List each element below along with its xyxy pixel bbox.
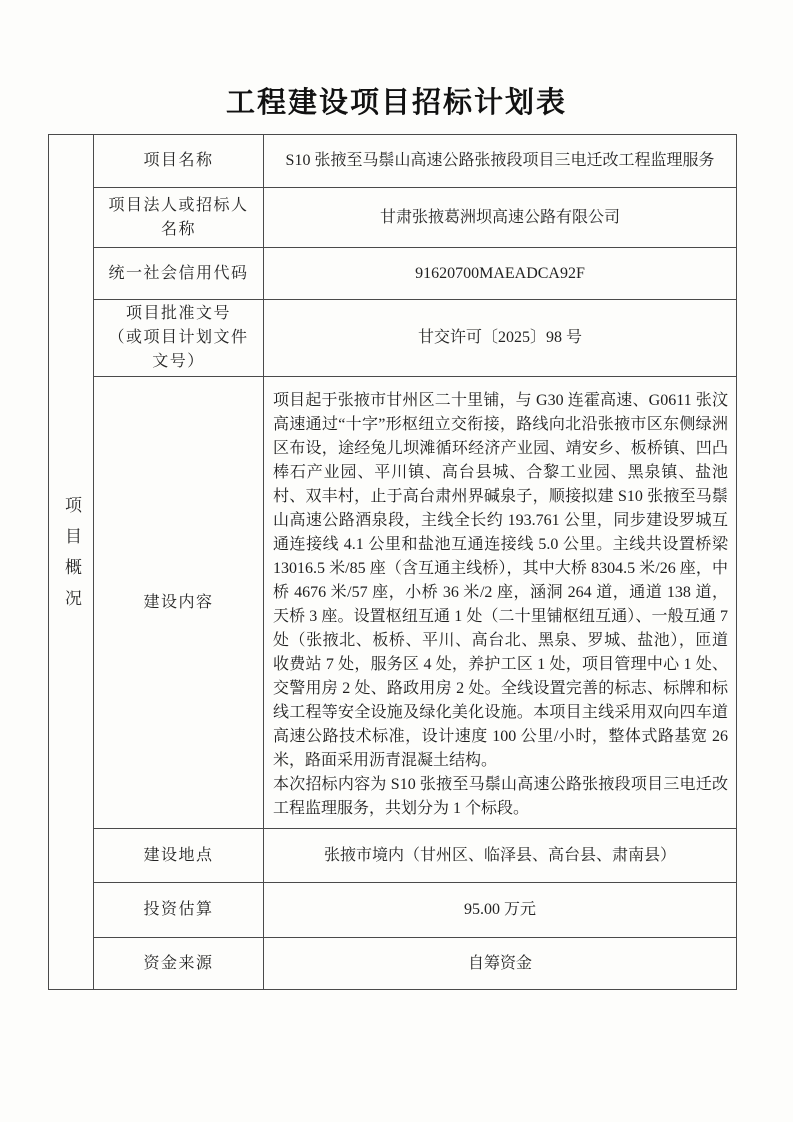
value-funding-source: 自筹资金 <box>264 938 737 990</box>
page-title: 工程建设项目招标计划表 <box>0 0 793 121</box>
value-construction-location: 张掖市境内（甘州区、临泽县、高台县、肃南县） <box>264 829 737 883</box>
label-funding-source: 资金来源 <box>94 938 264 990</box>
row-credit-code: 统一社会信用代码 91620700MAEADCA92F <box>49 248 737 300</box>
label-credit-code: 统一社会信用代码 <box>94 248 264 300</box>
document-page: 工程建设项目招标计划表 项目概况 项目名称 S10 张掖至马鬃山高速公路张掖段项… <box>0 0 793 1122</box>
row-approval-number: 项目批准文号 （或项目计划文件文号） 甘交许可〔2025〕98 号 <box>49 300 737 377</box>
value-investment-estimate: 95.00 万元 <box>264 883 737 938</box>
row-investment-estimate: 投资估算 95.00 万元 <box>49 883 737 938</box>
label-construction-location: 建设地点 <box>94 829 264 883</box>
row-project-name: 项目概况 项目名称 S10 张掖至马鬃山高速公路张掖段项目三电迁改工程监理服务 <box>49 135 737 188</box>
value-credit-code: 91620700MAEADCA92F <box>264 248 737 300</box>
row-construction-location: 建设地点 张掖市境内（甘州区、临泽县、高台县、肃南县） <box>49 829 737 883</box>
label-project-name: 项目名称 <box>94 135 264 188</box>
bidding-plan-table: 项目概况 项目名称 S10 张掖至马鬃山高速公路张掖段项目三电迁改工程监理服务 … <box>48 134 737 990</box>
section-cell-project-overview: 项目概况 <box>49 135 94 990</box>
section-label-project-overview: 项目概况 <box>59 496 83 620</box>
label-approval-number: 项目批准文号 （或项目计划文件文号） <box>94 300 264 377</box>
row-construction-content: 建设内容 项目起于张掖市甘州区二十里铺，与 G30 连霍高速、G0611 张汶高… <box>49 377 737 829</box>
row-legal-entity: 项目法人或招标人名称 甘肃张掖葛洲坝高速公路有限公司 <box>49 188 737 248</box>
value-construction-content: 项目起于张掖市甘州区二十里铺，与 G30 连霍高速、G0611 张汶高速通过“十… <box>264 377 737 829</box>
value-approval-number: 甘交许可〔2025〕98 号 <box>264 300 737 377</box>
value-legal-entity: 甘肃张掖葛洲坝高速公路有限公司 <box>264 188 737 248</box>
row-funding-source: 资金来源 自筹资金 <box>49 938 737 990</box>
label-legal-entity: 项目法人或招标人名称 <box>94 188 264 248</box>
label-investment-estimate: 投资估算 <box>94 883 264 938</box>
label-construction-content: 建设内容 <box>94 377 264 829</box>
value-project-name: S10 张掖至马鬃山高速公路张掖段项目三电迁改工程监理服务 <box>264 135 737 188</box>
